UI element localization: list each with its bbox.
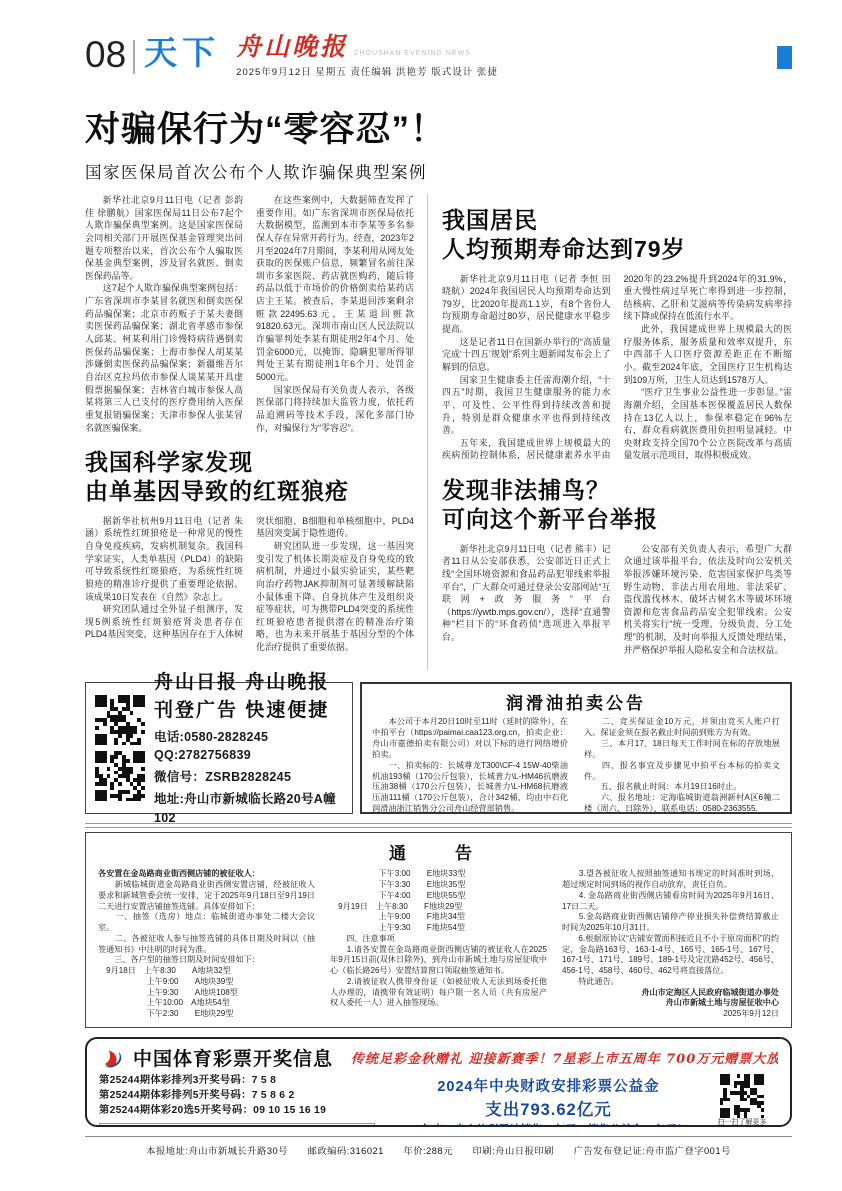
draw-result: 第25244期体彩排列5开奖号码：7 5 8 6 2	[99, 1089, 391, 1104]
paragraph: 三、各户型的抽签日期及时间安排如下：	[98, 955, 315, 966]
lottery-fund-info: 2024年中央财政安排彩票公益金 支出793.62亿元 25年来，舟山体彩累计销…	[391, 1074, 706, 1127]
paragraph: 上午9:00 A地块39型	[98, 977, 315, 988]
paragraph: 一、抽签（选房）地点：临城街道办事处二楼大会议室。	[98, 912, 315, 934]
paragraph: 3.望各被征收人按照抽签通知书规定的时间准时到场，超过规定时间到场的视作自动放弃…	[562, 869, 779, 891]
paragraph: 新华社北京9月11日电（记者 李恒 田晓航）2024年我国居民人均预期寿命达到7…	[442, 273, 611, 336]
right-column: 我国居民人均预期寿命达到79岁 新华社北京9月11日电（记者 李恒 田晓航）20…	[427, 194, 792, 670]
lottery-header-row: 中国体育彩票开奖信息 传统足彩金秋赠礼 迎接新赛季！7星彩上市五周年 700万元…	[99, 1044, 778, 1071]
paragraph: 各安置在金岛路商业街西侧店铺的被征收人：	[98, 869, 315, 880]
paragraph: 2025年9月12日	[562, 1009, 779, 1020]
paragraph: 国家卫生健康委主任雷海潮介绍，“十四五”时期，我国卫生健康服务的能力水平、可及性…	[442, 374, 611, 437]
fund-line-3: 25年来，舟山体彩累计销售89亿元，筹集公益金19亿元！	[391, 1121, 706, 1127]
fund-line-1: 2024年中央财政安排彩票公益金	[391, 1075, 706, 1096]
ad-text: 舟山日报 舟山晚报 刊登广告 快速便捷 电话:0580-2828245 QQ:2…	[154, 669, 343, 827]
paragraph: 下午3:00 E地块33型	[330, 869, 547, 880]
lottery-qr-block: 扫一扫了解更多 “舟山体彩”信息	[706, 1074, 778, 1127]
paragraph: 9月19日 上午8:30 F地块29型	[330, 902, 547, 913]
paragraph: 下午3:30 E地块35型	[330, 880, 547, 891]
date-editors-line: 2025年9月12日 星期五 责任编辑 洪艳芳 版式设计 张捷	[236, 64, 498, 78]
paragraph: 在这些案例中，大数据筛查发挥了重要作用。如广东省深圳市医保局依托大数据模型，监测…	[256, 194, 414, 384]
auction-title: 润滑油拍卖公告	[372, 689, 780, 714]
paragraph: 舟山市定海区人民政府临城街道办事处	[562, 988, 779, 999]
notice-body: 各安置在金岛路商业街西侧店铺的被征收人： 新城临城街道金岛路商业街西侧安置店铺，…	[98, 869, 779, 1021]
article-body: 新华社北京9月11日电（记者 李恒 田晓航）2024年我国居民人均预期寿命达到7…	[442, 273, 792, 463]
article-grid: 新华社北京9月11日电（记者 彭韵佳 徐鹏航）国家医保局11日公布7起个人欺诈骗…	[85, 194, 792, 670]
ad-headline-1: 舟山日报 舟山晚报	[154, 669, 343, 697]
title-line: 由单基因导致的红斑狼疮	[85, 477, 414, 506]
paragraph: 6.根据原协议“店铺安置面积接近且不小于原房面积”的约定，金岛路163号、163…	[562, 934, 779, 977]
lead-subhead: 国家医保局首次公布个人欺诈骗保典型案例	[85, 159, 792, 183]
paragraph: 特此通告。	[562, 977, 779, 988]
paragraph: 上午10:00 A地块54型	[98, 998, 315, 1009]
paragraph: 研究团队进一步发现，这一基因突变引发了机体长期炎症及自身免疫的致病机制，并通过小…	[256, 540, 414, 654]
ad-headline-2: 刊登广告 快速便捷	[154, 697, 343, 725]
page-header: 08 天下 舟山晚报 ZHOUSHAN EVENING NEWS 2025年9月…	[85, 30, 792, 92]
lottery-content-row: 第25244期体彩排列3开奖号码：7 5 8 第25244期体彩排列5开奖号码：…	[99, 1074, 778, 1127]
article-title: 我国居民人均预期寿命达到79岁	[442, 206, 792, 264]
paragraph: 4. 金岛路商业街西侧店铺看房时间为2025年9月16日、17日二天。	[562, 891, 779, 913]
qr-caption: 扫一扫了解更多	[706, 1118, 778, 1127]
article-body: 新华社北京9月11日电（记者 彭韵佳 徐鹏航）国家医保局11日公布7起个人欺诈骗…	[85, 194, 414, 434]
public-notice-box: 通 告 各安置在金岛路商业街西侧店铺的被征收人： 新城临城街道金岛路商业街西侧安…	[85, 832, 792, 1028]
paragraph: 二、竞买保证金10万元，并须由竞买人账户打入。保证金须在报名截止时间前到账方为有…	[584, 717, 780, 739]
qr-code-lottery	[720, 1074, 764, 1118]
article-bird-report: 发现非法捕鸟？可向这个新平台举报 新华社北京9月11日电（记者 熊丰）记者11日…	[442, 476, 792, 656]
ads-row: 舟山日报 舟山晚报 刊登广告 快速便捷 电话:0580-2828245 QQ:2…	[85, 682, 792, 814]
lottery-disclaimer: 本信息与公证开奖数据不符时，以后者为准。咨询电话:0580-2861788 网址…	[99, 1123, 375, 1127]
ad-address: 地址:舟山市新城临长路20号A幢102	[154, 790, 343, 828]
draw-result: 第25244期体彩20选5开奖号码：09 10 15 16 19	[99, 1104, 391, 1119]
article-body: 据新华社杭州9月11日电（记者 朱涵）系统性红斑狼疮是一种常见的慢性自身免疫疾病…	[85, 515, 414, 654]
paragraph: 这是记者11日在国新办举行的“高质量完成‘十四五’规划”系列主题新闻发布会上了解…	[442, 336, 611, 374]
paragraph: 上午9:00 F地块34型	[330, 912, 547, 923]
lottery-info-box: 中国体育彩票开奖信息 传统足彩金秋赠礼 迎接新赛季！7星彩上市五周年 700万元…	[85, 1037, 792, 1127]
paragraph: 这7起个人欺诈骗保典型案例包括：广东省深圳市李某冒名就医和倒卖医保药品骗保案；北…	[85, 282, 243, 434]
left-column: 新华社北京9月11日电（记者 彭韵佳 徐鹏航）国家医保局11日公布7起个人欺诈骗…	[85, 194, 427, 670]
paragraph: 9月18日 上午8:30 A地块32型	[98, 966, 315, 977]
lottery-promo-text: 传统足彩金秋赠礼 迎接新赛季！7星彩上市五周年 700万元赠票大放送！	[351, 1048, 778, 1067]
paragraph: 新城临城街道金岛路商业街西侧安置店铺，经被征收人要求和新城管委会统一安排，定于2…	[98, 880, 315, 912]
ad-wechat: 微信号：ZSRB2828245	[154, 768, 343, 787]
paragraph: 此外，我国建成世界上规模最大的医疗服务体系，服务质量和效率双提升，东中西部千人口…	[624, 323, 793, 386]
page-number: 08	[85, 36, 126, 73]
paragraph: 舟山市新城土地与房屋征收中心	[562, 998, 779, 1009]
paragraph: 上午9:30 A地块108型	[98, 988, 315, 999]
header-blue-block	[777, 46, 792, 69]
paragraph: 五、报名截止时间：本月19日16时止。	[584, 782, 780, 793]
article-body: 新华社北京9月11日电（记者 熊丰）记者11日从公安部获悉，公安部近日正式上线“…	[442, 543, 792, 657]
paragraph: 三、本月17、18日每天工作时间在标的存放地展样。	[584, 739, 780, 761]
notice-title: 通 告	[98, 839, 779, 864]
paragraph: 下午4:00 E地块55型	[330, 891, 547, 902]
paragraph: 2.请被征收人携带身份证（如被征收人无法到场委托他人办理的，请携带有效证明）每户…	[330, 977, 547, 1009]
paragraph: 公安部有关负责人表示，希望广大群众通过该举报平台，依法及时向公安机关举报涉嫌环境…	[624, 543, 793, 657]
lead-headline: 对骗保行为“零容忍”！	[85, 102, 792, 152]
paragraph: 上午9:30 F地块54型	[330, 923, 547, 934]
imprint-line: 本报地址:舟山市新城长升路30号 邮政编码:316021 年价:288元 印刷:…	[85, 1136, 792, 1157]
paragraph: 下午2:30 E地块29型	[98, 1009, 315, 1020]
paragraph: 四、报名事宜及步骤见中拍平台本标的拍卖文件。	[584, 761, 780, 783]
fund-line-2: 支出793.62亿元	[391, 1096, 706, 1120]
paragraph: 国家医保局有关负责人表示，各级医保部门将持续加大监管力度，依托药品追溯码等技术手…	[256, 384, 414, 435]
section-title: 天下	[144, 36, 220, 69]
paragraph: 四、注意事项	[330, 934, 547, 945]
paragraph: 一、拍卖标的：长城尊龙T300\CF-4 15W-40柴油机油193桶（170公…	[372, 761, 568, 815]
newspaper-page: 08 天下 舟山晚报 ZHOUSHAN EVENING NEWS 2025年9月…	[0, 0, 842, 1191]
auction-body: 本公司于本月20日10时至11时（延时的除外），在中拍平台（https://pa…	[372, 717, 780, 814]
qr-code-wechat	[95, 751, 145, 801]
paragraph: 本公司于本月20日10时至11时（延时的除外），在中拍平台（https://pa…	[372, 717, 568, 760]
draw-result: 第25244期体彩排列3开奖号码：7 5 8	[99, 1074, 391, 1089]
paragraph: “医疗卫生事业公益性进一步彰显。”雷海潮介绍，全国基本医保覆盖居民人数保持在13…	[624, 386, 793, 462]
qr-code-newspaper	[95, 695, 145, 745]
title-line: 人均预期寿命达到79岁	[442, 235, 792, 264]
masthead: 舟山晚报 ZHOUSHAN EVENING NEWS 2025年9月12日 星期…	[236, 34, 498, 78]
lottery-title: 中国体育彩票开奖信息	[133, 1044, 333, 1071]
article-title: 我国科学家发现由单基因导致的红斑狼疮	[85, 448, 414, 506]
article-lupus: 我国科学家发现由单基因导致的红斑狼疮 据新华社杭州9月11日电（记者 朱涵）系统…	[85, 448, 414, 654]
newspaper-logo-english: ZHOUSHAN EVENING NEWS	[354, 50, 471, 57]
auction-notice-box: 润滑油拍卖公告 本公司于本月20日10时至11时（延时的除外），在中拍平台（ht…	[360, 682, 792, 814]
article-life-expectancy: 我国居民人均预期寿命达到79岁 新华社北京9月11日电（记者 李恒 田晓航）20…	[442, 206, 792, 462]
self-ad-box: 舟山日报 舟山晚报 刊登广告 快速便捷 电话:0580-2828245 QQ:2…	[85, 682, 353, 814]
title-line: 发现非法捕鸟？	[442, 476, 792, 505]
lottery-results: 第25244期体彩排列3开奖号码：7 5 8 第25244期体彩排列5开奖号码：…	[99, 1074, 391, 1127]
paragraph: 1.请各安置在金岛路商业街西侧店铺的被征收人在2025年9月15日前(双休日除外…	[330, 945, 547, 977]
article-fraud-cases: 新华社北京9月11日电（记者 彭韵佳 徐鹏航）国家医保局11日公布7起个人欺诈骗…	[85, 194, 414, 434]
title-line: 我国科学家发现	[85, 448, 414, 477]
paragraph: 新华社北京9月11日电（记者 熊丰）记者11日从公安部获悉，公安部近日正式上线“…	[442, 543, 611, 644]
newspaper-logo: 舟山晚报	[236, 34, 348, 59]
article-title: 发现非法捕鸟？可向这个新平台举报	[442, 476, 792, 534]
paragraph: 六、报名地址：定海临城街道翁洲新村A区6幢二楼（周六、日除外），联系电话：058…	[584, 793, 780, 814]
ad-phone: 电话:0580-2828245 QQ:2782756839	[154, 728, 343, 766]
sports-lottery-logo-icon	[99, 1045, 125, 1071]
title-line: 我国居民	[442, 206, 792, 235]
header-divider	[133, 40, 135, 74]
paragraph: 新华社北京9月11日电（记者 彭韵佳 徐鹏航）国家医保局11日公布7起个人欺诈骗…	[85, 194, 243, 282]
ad-qr-codes	[95, 695, 145, 801]
paragraph: 据新华社杭州9月11日电（记者 朱涵）系统性红斑狼疮是一种常见的慢性自身免疫疾病…	[85, 515, 243, 603]
paragraph: 5.金岛路商业街西侧店铺停产停业损失补偿费结算截止时间为2025年10月31日。	[562, 912, 779, 934]
paragraph: 二、各被征收人参与抽签选铺的具体日期及时间以《抽签通知书》中注明的时间为准。	[98, 934, 315, 956]
title-line: 可向这个新平台举报	[442, 505, 792, 534]
